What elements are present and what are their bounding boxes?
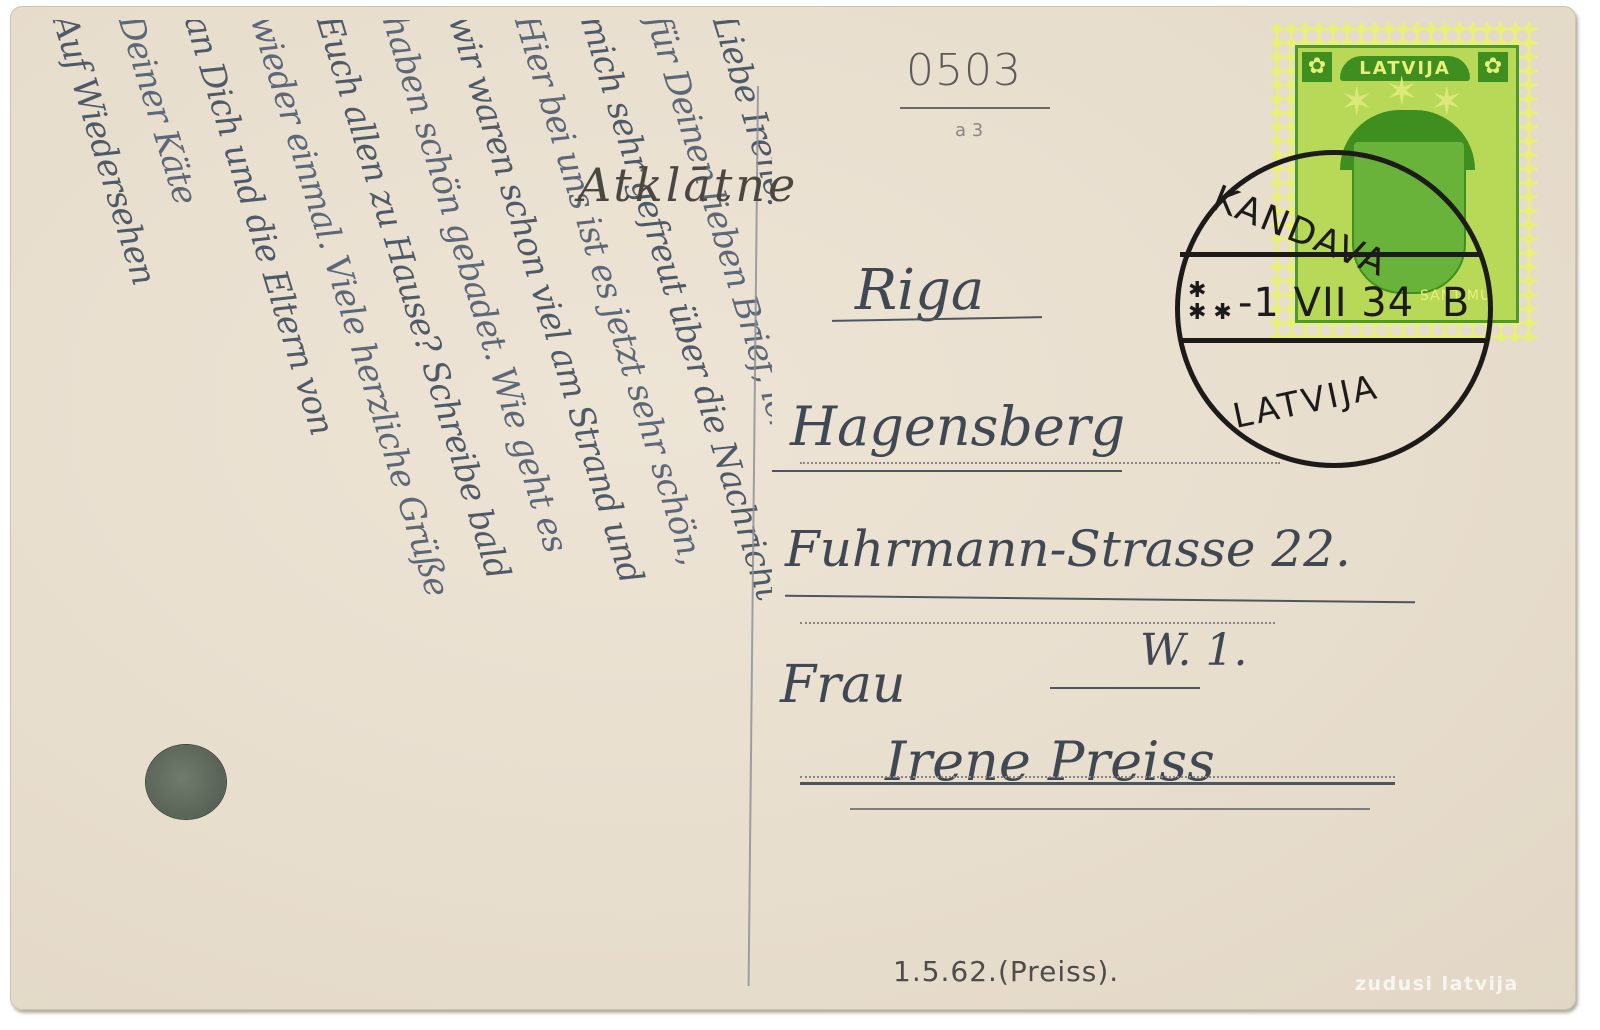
address-district: Hagensberg [790, 395, 1125, 458]
postmark-date: -1 VII 34 B [1238, 280, 1470, 326]
postmark-date-text: -1 VII 34 [1238, 280, 1414, 326]
ink-blot [146, 745, 226, 819]
name-underline-2 [850, 808, 1370, 810]
district-underline [772, 470, 1122, 472]
archive-note: 1.5.62.(Preiss). [893, 955, 1119, 988]
address-city: Riga [855, 258, 984, 323]
sub-serial: a 3 [955, 120, 983, 141]
address-dotted-line-2 [800, 622, 1275, 624]
address-title: Frau [780, 655, 905, 715]
address-street: Fuhrmann-Strasse 22. [785, 520, 1351, 578]
serial-underline [900, 107, 1050, 109]
star-icon: ✶ [1430, 82, 1464, 122]
serial-number: 0503 [906, 45, 1022, 96]
watermark: zudusi latvija [1355, 973, 1519, 995]
rosette-icon: ✿ [1302, 52, 1332, 82]
name-underline [800, 782, 1395, 785]
apartment-underline [1050, 687, 1200, 689]
address-apartment: W. 1. [1140, 625, 1248, 676]
card-heading: Atklātne [578, 158, 798, 212]
postmark-series: B [1442, 280, 1470, 326]
star-icon: ✶ [1385, 72, 1419, 112]
postmark-bar-bottom [1180, 338, 1485, 343]
postmark-stars-icon: ✱✱ ✱ [1188, 280, 1232, 324]
rosette-icon: ✿ [1478, 52, 1508, 82]
address-dotted-line-1 [800, 462, 1280, 464]
address-dotted-line-3 [800, 776, 1395, 778]
star-icon: ✶ [1340, 82, 1374, 122]
